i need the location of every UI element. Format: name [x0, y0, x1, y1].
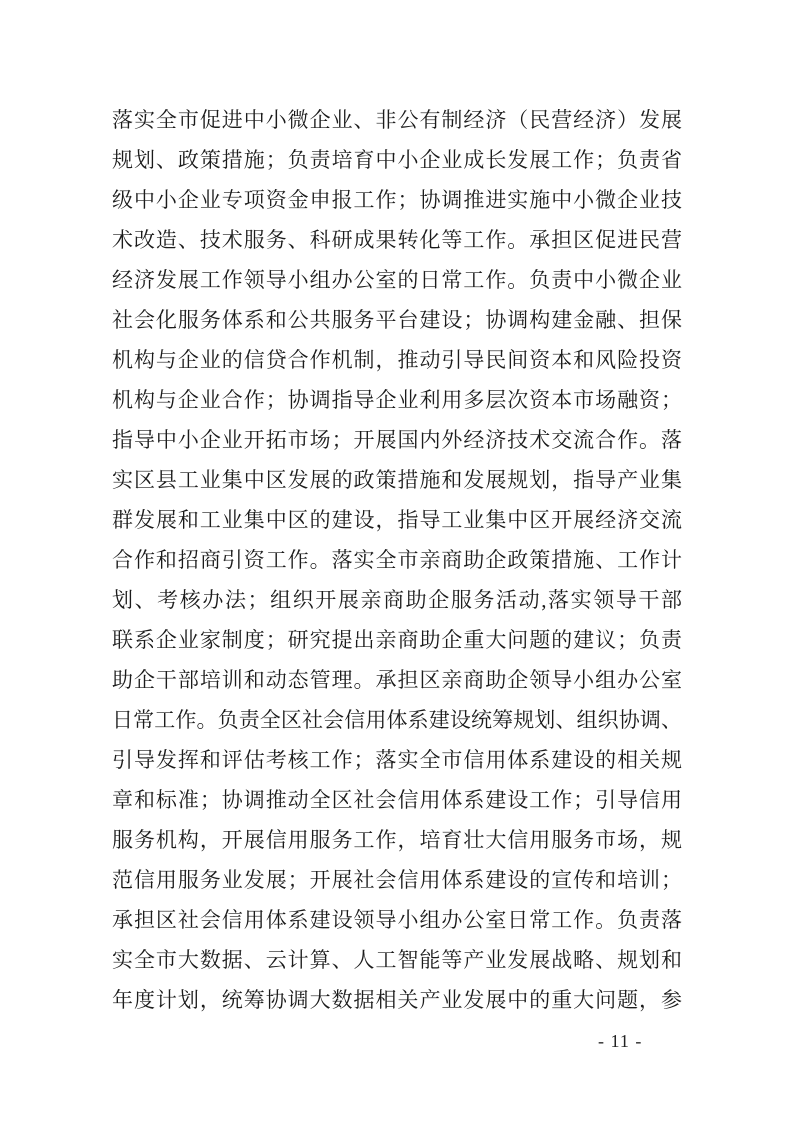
text-line: 级中小企业专项资金申报工作；协调推进实施中小微企业技 [112, 180, 682, 220]
text-line: 指导中小企业开拓市场；开展国内外经济技术交流合作。落 [112, 420, 682, 460]
body-text-block: 落实全市促进中小微企业、非公有制经济（民营经济）发展 规划、政策措施；负责培育中… [112, 100, 682, 1020]
text-line: 助企干部培训和动态管理。承担区亲商助企领导小组办公室 [112, 660, 682, 700]
text-line: 日常工作。负责全区社会信用体系建设统筹规划、组织协调、 [112, 700, 682, 740]
text-line: 实全市大数据、云计算、人工智能等产业发展战略、规划和 [112, 940, 682, 980]
page-number: - 11 - [598, 1028, 642, 1054]
text-line: 联系企业家制度；研究提出亲商助企重大问题的建议；负责 [112, 620, 682, 660]
document-page: 落实全市促进中小微企业、非公有制经济（民营经济）发展 规划、政策措施；负责培育中… [0, 0, 793, 1122]
text-line: 年度计划，统筹协调大数据相关产业发展中的重大问题，参 [112, 980, 682, 1020]
text-line: 机构与企业的信贷合作机制，推动引导民间资本和风险投资 [112, 340, 682, 380]
text-line: 章和标准；协调推动全区社会信用体系建设工作；引导信用 [112, 780, 682, 820]
text-line: 服务机构，开展信用服务工作，培育壮大信用服务市场，规 [112, 820, 682, 860]
text-line: 承担区社会信用体系建设领导小组办公室日常工作。负责落 [112, 900, 682, 940]
text-line: 群发展和工业集中区的建设，指导工业集中区开展经济交流 [112, 500, 682, 540]
text-line: 术改造、技术服务、科研成果转化等工作。承担区促进民营 [112, 220, 682, 260]
text-line: 划、考核办法；组织开展亲商助企服务活动,落实领导干部 [112, 580, 682, 620]
text-line: 经济发展工作领导小组办公室的日常工作。负责中小微企业 [112, 260, 682, 300]
text-line: 实区县工业集中区发展的政策措施和发展规划，指导产业集 [112, 460, 682, 500]
text-line: 合作和招商引资工作。落实全市亲商助企政策措施、工作计 [112, 540, 682, 580]
text-line: 规划、政策措施；负责培育中小企业成长发展工作；负责省 [112, 140, 682, 180]
text-line: 机构与企业合作；协调指导企业利用多层次资本市场融资； [112, 380, 682, 420]
text-line: 社会化服务体系和公共服务平台建设；协调构建金融、担保 [112, 300, 682, 340]
text-line: 引导发挥和评估考核工作；落实全市信用体系建设的相关规 [112, 740, 682, 780]
text-line: 落实全市促进中小微企业、非公有制经济（民营经济）发展 [112, 100, 682, 140]
text-line: 范信用服务业发展；开展社会信用体系建设的宣传和培训； [112, 860, 682, 900]
